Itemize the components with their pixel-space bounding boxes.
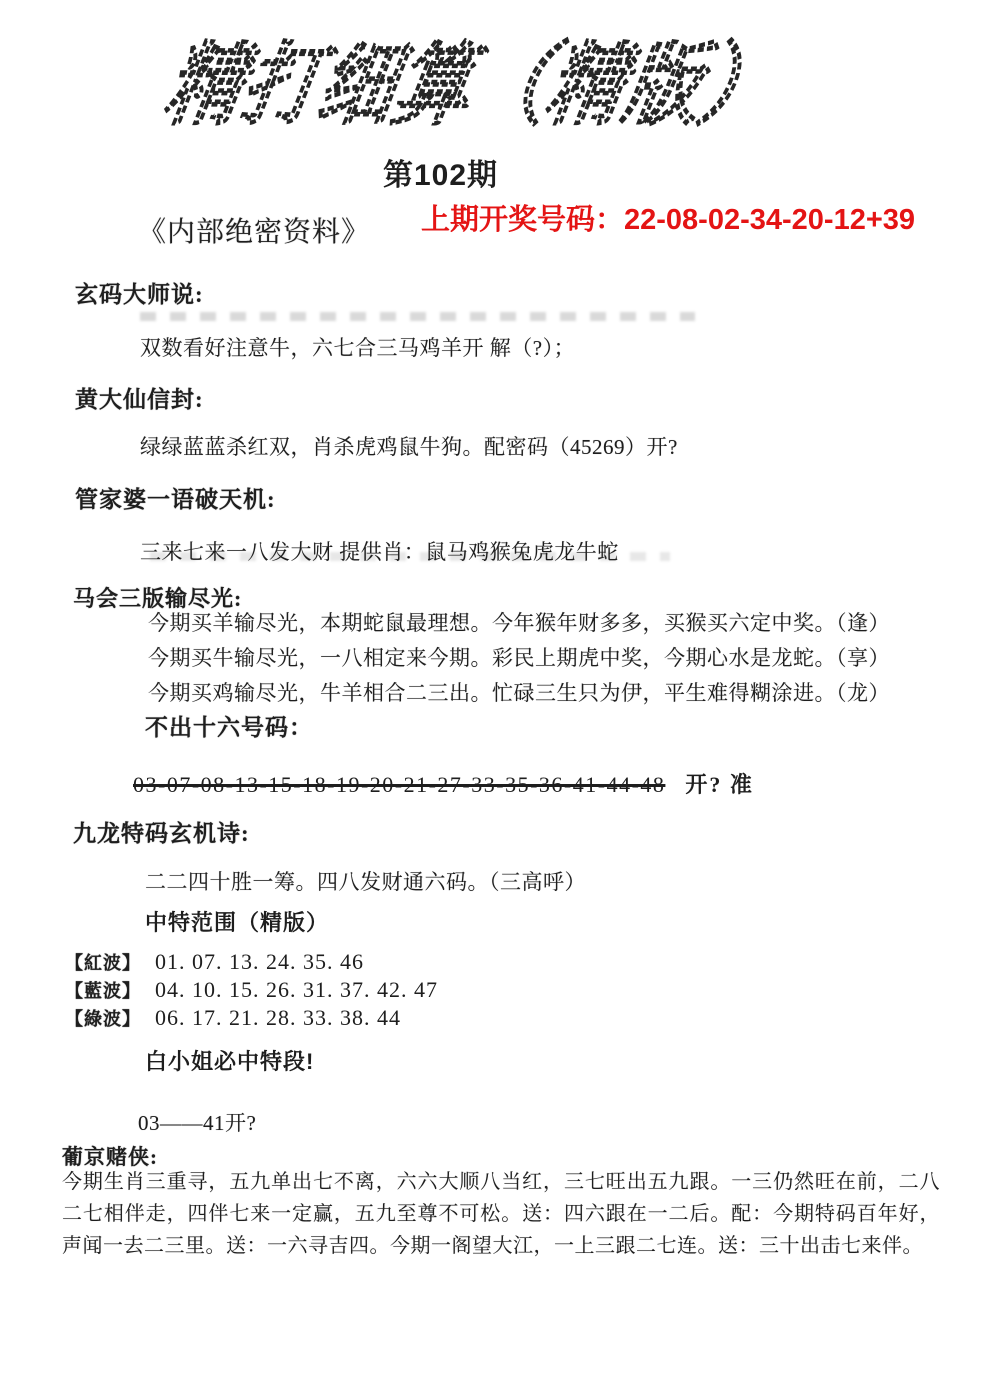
blue-wave-label: 【藍波】 (65, 977, 141, 1003)
last-draw-numbers: 上期开奖号码：22-08-02-34-20-12+39 (421, 197, 915, 238)
issue-number: 第102期 (383, 150, 498, 194)
wave-row-red: 【紅波】 01. 07. 13. 24. 35. 46 (65, 949, 364, 975)
section-heading-jiulong: 九龙特码玄机诗: (73, 815, 250, 848)
red-wave-numbers: 01. 07. 13. 24. 35. 46 (155, 949, 364, 975)
guanjiapo-tip-line: 三来七来一八发大财 提供肖：鼠马鸡猴兔虎龙牛蛇 (140, 536, 619, 566)
special-range-subheading: 中特范围（精版） (145, 906, 329, 937)
excluded-numbers-struck: 03-07-08-13-15-18-19-20-21-27-33-35-36-4… (133, 772, 665, 797)
section-heading-huangdaxian: 黄大仙信封: (75, 381, 204, 414)
section-heading-buchu: 不出十六号码： (145, 709, 313, 742)
mahui-line-2: 今期买牛输尽光，一八相定来今期。彩民上期虎中奖，今期心水是龙蛇。（享） (148, 641, 890, 676)
excluded-numbers-verdict: 开? 准 (685, 772, 754, 797)
blue-wave-numbers: 04. 10. 15. 26. 31. 37. 42. 47 (155, 977, 438, 1003)
jiulong-poem: 二二四十胜一筹。四八发财通六码。（三高呼） (145, 866, 586, 896)
mahui-lines: 今期买羊输尽光，本期蛇鼠最理想。今年猴年财多多，买猴买六定中奖。（逢） 今期买牛… (148, 606, 890, 711)
secret-material-label: 《内部绝密资料》 (138, 210, 370, 250)
mahui-line-3: 今期买鸡输尽光，牛羊相合二三出。忙碌三生只为伊，平生难得糊涂进。（龙） (148, 676, 890, 711)
section-heading-guanjiapo: 管家婆一语破天机: (75, 481, 276, 514)
special-range-line: 03——41开? (138, 1107, 256, 1137)
lottery-tip-sheet: 精打细算（精版） 第102期 《内部绝密资料》 上期开奖号码：22-08-02-… (0, 0, 981, 1388)
green-wave-label: 【綠波】 (65, 1005, 141, 1031)
mahui-line-1: 今期买羊输尽光，本期蛇鼠最理想。今年猴年财多多，买猴买六定中奖。（逢） (148, 606, 890, 641)
red-wave-label: 【紅波】 (65, 949, 141, 975)
masthead-title: 精打细算（精版） (158, 36, 786, 136)
pujing-paragraph: 今期生肖三重寻，五九单出七不离，六六大顺八当红，三七旺出五九跟。一三仍然旺在前，… (62, 1166, 940, 1262)
masthead-calligraphy: 精打细算（精版） (150, 16, 795, 148)
green-wave-numbers: 06. 17. 21. 28. 33. 38. 44 (155, 1005, 401, 1031)
huangdaxian-tip-line: 绿绿蓝蓝杀红双，肖杀虎鸡鼠牛狗。配密码（45269）开? (140, 431, 678, 461)
section-heading-xuanma: 玄码大师说: (75, 276, 204, 309)
wave-row-blue: 【藍波】 04. 10. 15. 26. 31. 37. 42. 47 (65, 977, 438, 1003)
baixiaojie-line: 白小姐必中特段! (145, 1045, 314, 1076)
excluded-numbers-row: 03-07-08-13-15-18-19-20-21-27-33-35-36-4… (133, 768, 754, 799)
xuanma-tip-line: 双数看好注意牛，六七合三马鸡羊开 解（?）； (140, 332, 575, 362)
scan-artifact (140, 312, 695, 321)
wave-row-green: 【綠波】 06. 17. 21. 28. 33. 38. 44 (65, 1005, 401, 1031)
